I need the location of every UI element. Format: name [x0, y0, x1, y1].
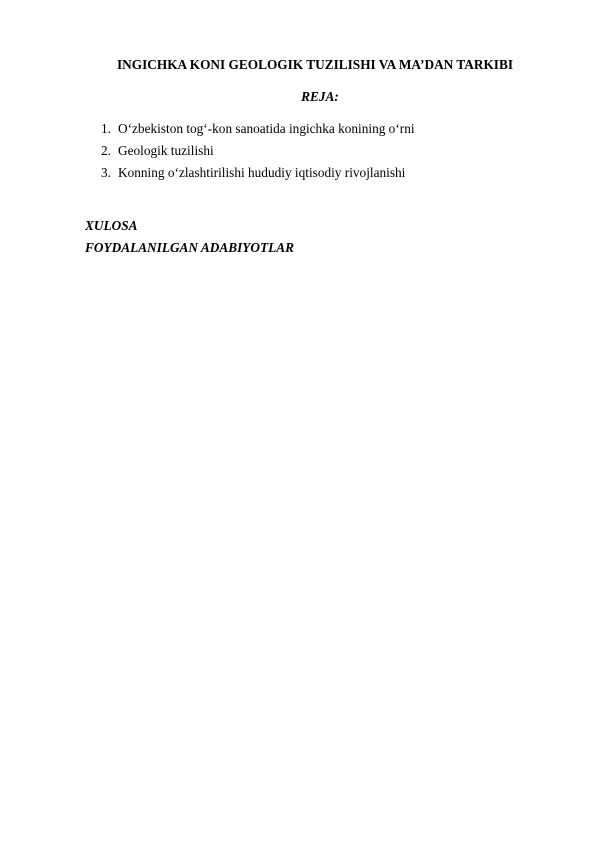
- plan-item-number: 1.: [101, 121, 118, 137]
- plan-item-number: 2.: [101, 143, 118, 159]
- plan-item-number: 3.: [101, 165, 118, 181]
- plan-list: 1.O‘zbekiston tog‘-kon sanoatida ingichk…: [101, 121, 415, 187]
- plan-item: 2.Geologik tuzilishi: [101, 143, 415, 159]
- plan-item-text: O‘zbekiston tog‘-kon sanoatida ingichka …: [118, 121, 415, 136]
- plan-item-text: Geologik tuzilishi: [118, 143, 214, 158]
- document-page: INGICHKA KONI GEOLOGIK TUZILISHI VA MA’D…: [0, 0, 596, 842]
- document-title: INGICHKA KONI GEOLOGIK TUZILISHI VA MA’D…: [90, 57, 540, 73]
- references-heading: FOYDALANILGAN ADABIYOTLAR: [85, 240, 294, 256]
- plan-item: 3.Konning o‘zlashtirilishi hududiy iqtis…: [101, 165, 415, 181]
- plan-item-text: Konning o‘zlashtirilishi hududiy iqtisod…: [118, 165, 405, 180]
- plan-item: 1.O‘zbekiston tog‘-kon sanoatida ingichk…: [101, 121, 415, 137]
- plan-heading: REJA:: [90, 89, 550, 105]
- conclusion-heading: XULOSA: [85, 218, 137, 234]
